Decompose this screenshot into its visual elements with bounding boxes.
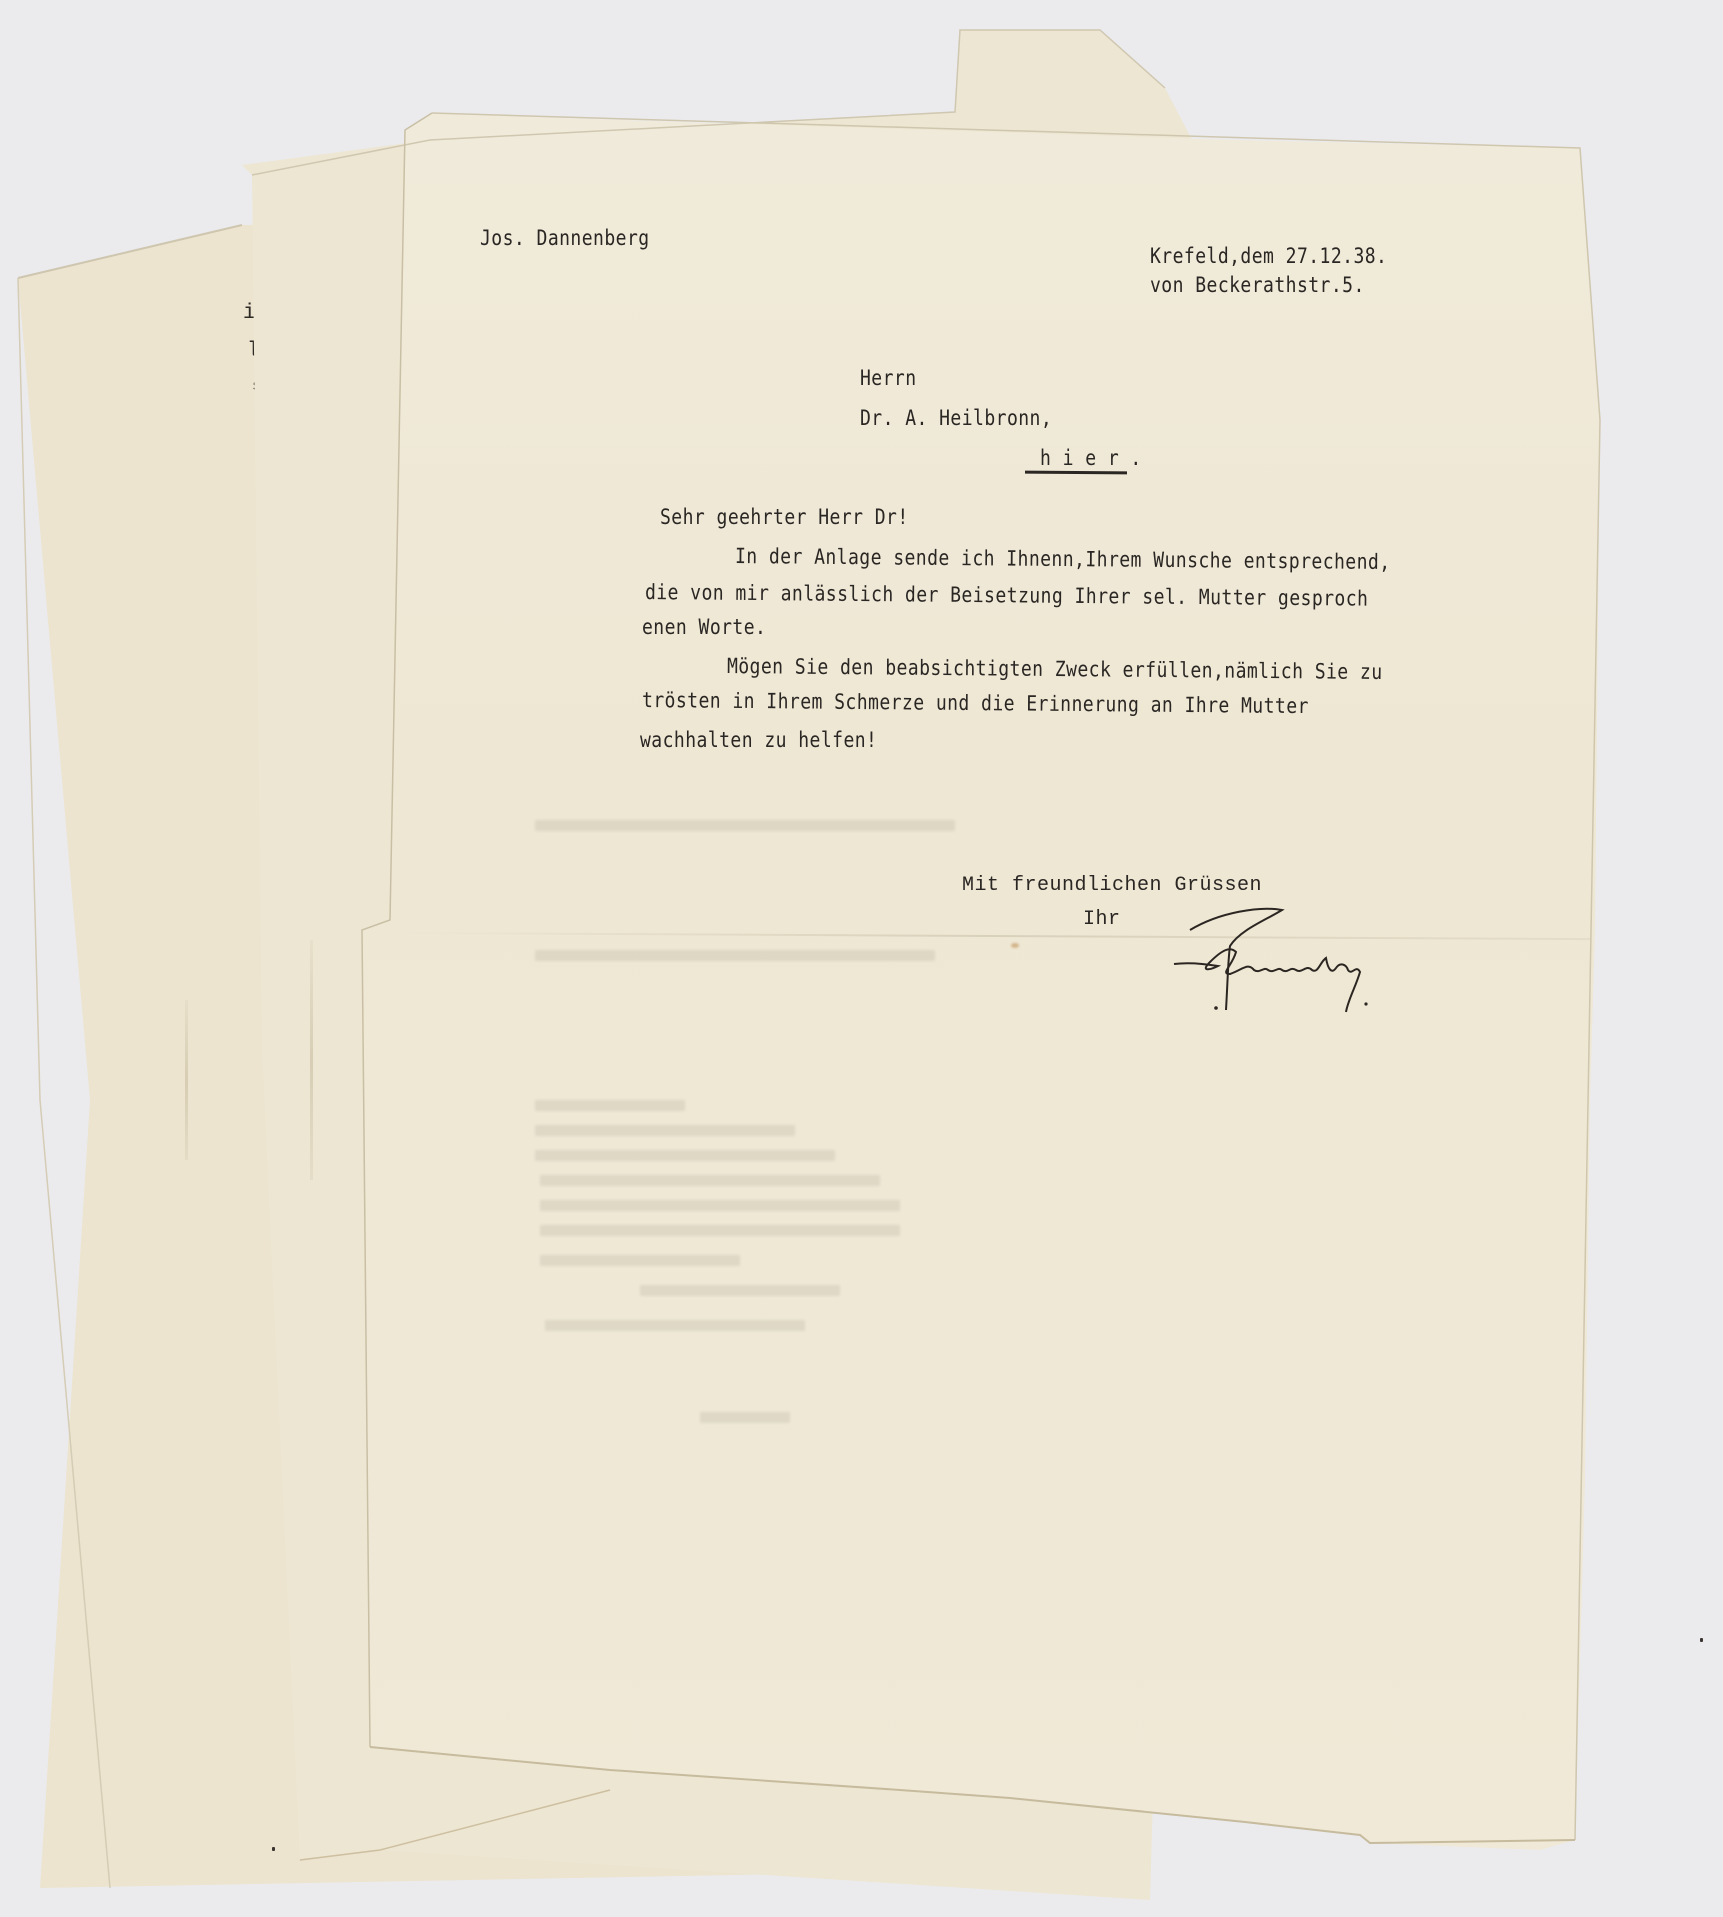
letter-greeting: Sehr geehrter Herr Dr! [660,507,909,528]
closing-pronoun: Ihr [1083,910,1121,930]
show-through-text [535,1150,835,1161]
recipient-locality: h i e r . [1040,448,1142,469]
vertical-crease [310,940,313,1180]
show-through-text [535,1125,795,1136]
show-through-text [540,1175,880,1186]
closing-phrase: Mit freundlichen Grüssen [962,876,1262,896]
body-line: wachhalten zu helfen! [640,730,877,751]
show-through-text [535,820,955,831]
sender-address: von Beckerathstr.5. [1150,275,1365,296]
show-through-text [535,950,935,961]
dust-speck [1700,1638,1703,1642]
dust-speck [272,1847,275,1851]
recipient-salutation-line: Herrn [860,368,917,389]
recipient-name: Dr. A. Heilbronn, [860,408,1052,429]
show-through-text [540,1225,900,1236]
show-through-text [700,1412,790,1423]
place-and-date: Krefeld,dem 27.12.38. [1150,246,1387,267]
sender-name: Jos. Dannenberg [480,228,650,249]
handwritten-signature: J. Dannenberg [1170,900,1410,1030]
body-line: enen Worte. [642,617,766,638]
photo-stage: i l s ' Jos. Dannenberg Krefeld,dem 27.1… [0,0,1723,1917]
show-through-text [540,1255,740,1266]
show-through-text [640,1285,840,1296]
show-through-text [540,1200,900,1211]
vertical-crease [185,1000,188,1160]
paper-stain [1011,943,1019,948]
show-through-text [545,1320,805,1331]
show-through-text [535,1100,685,1111]
